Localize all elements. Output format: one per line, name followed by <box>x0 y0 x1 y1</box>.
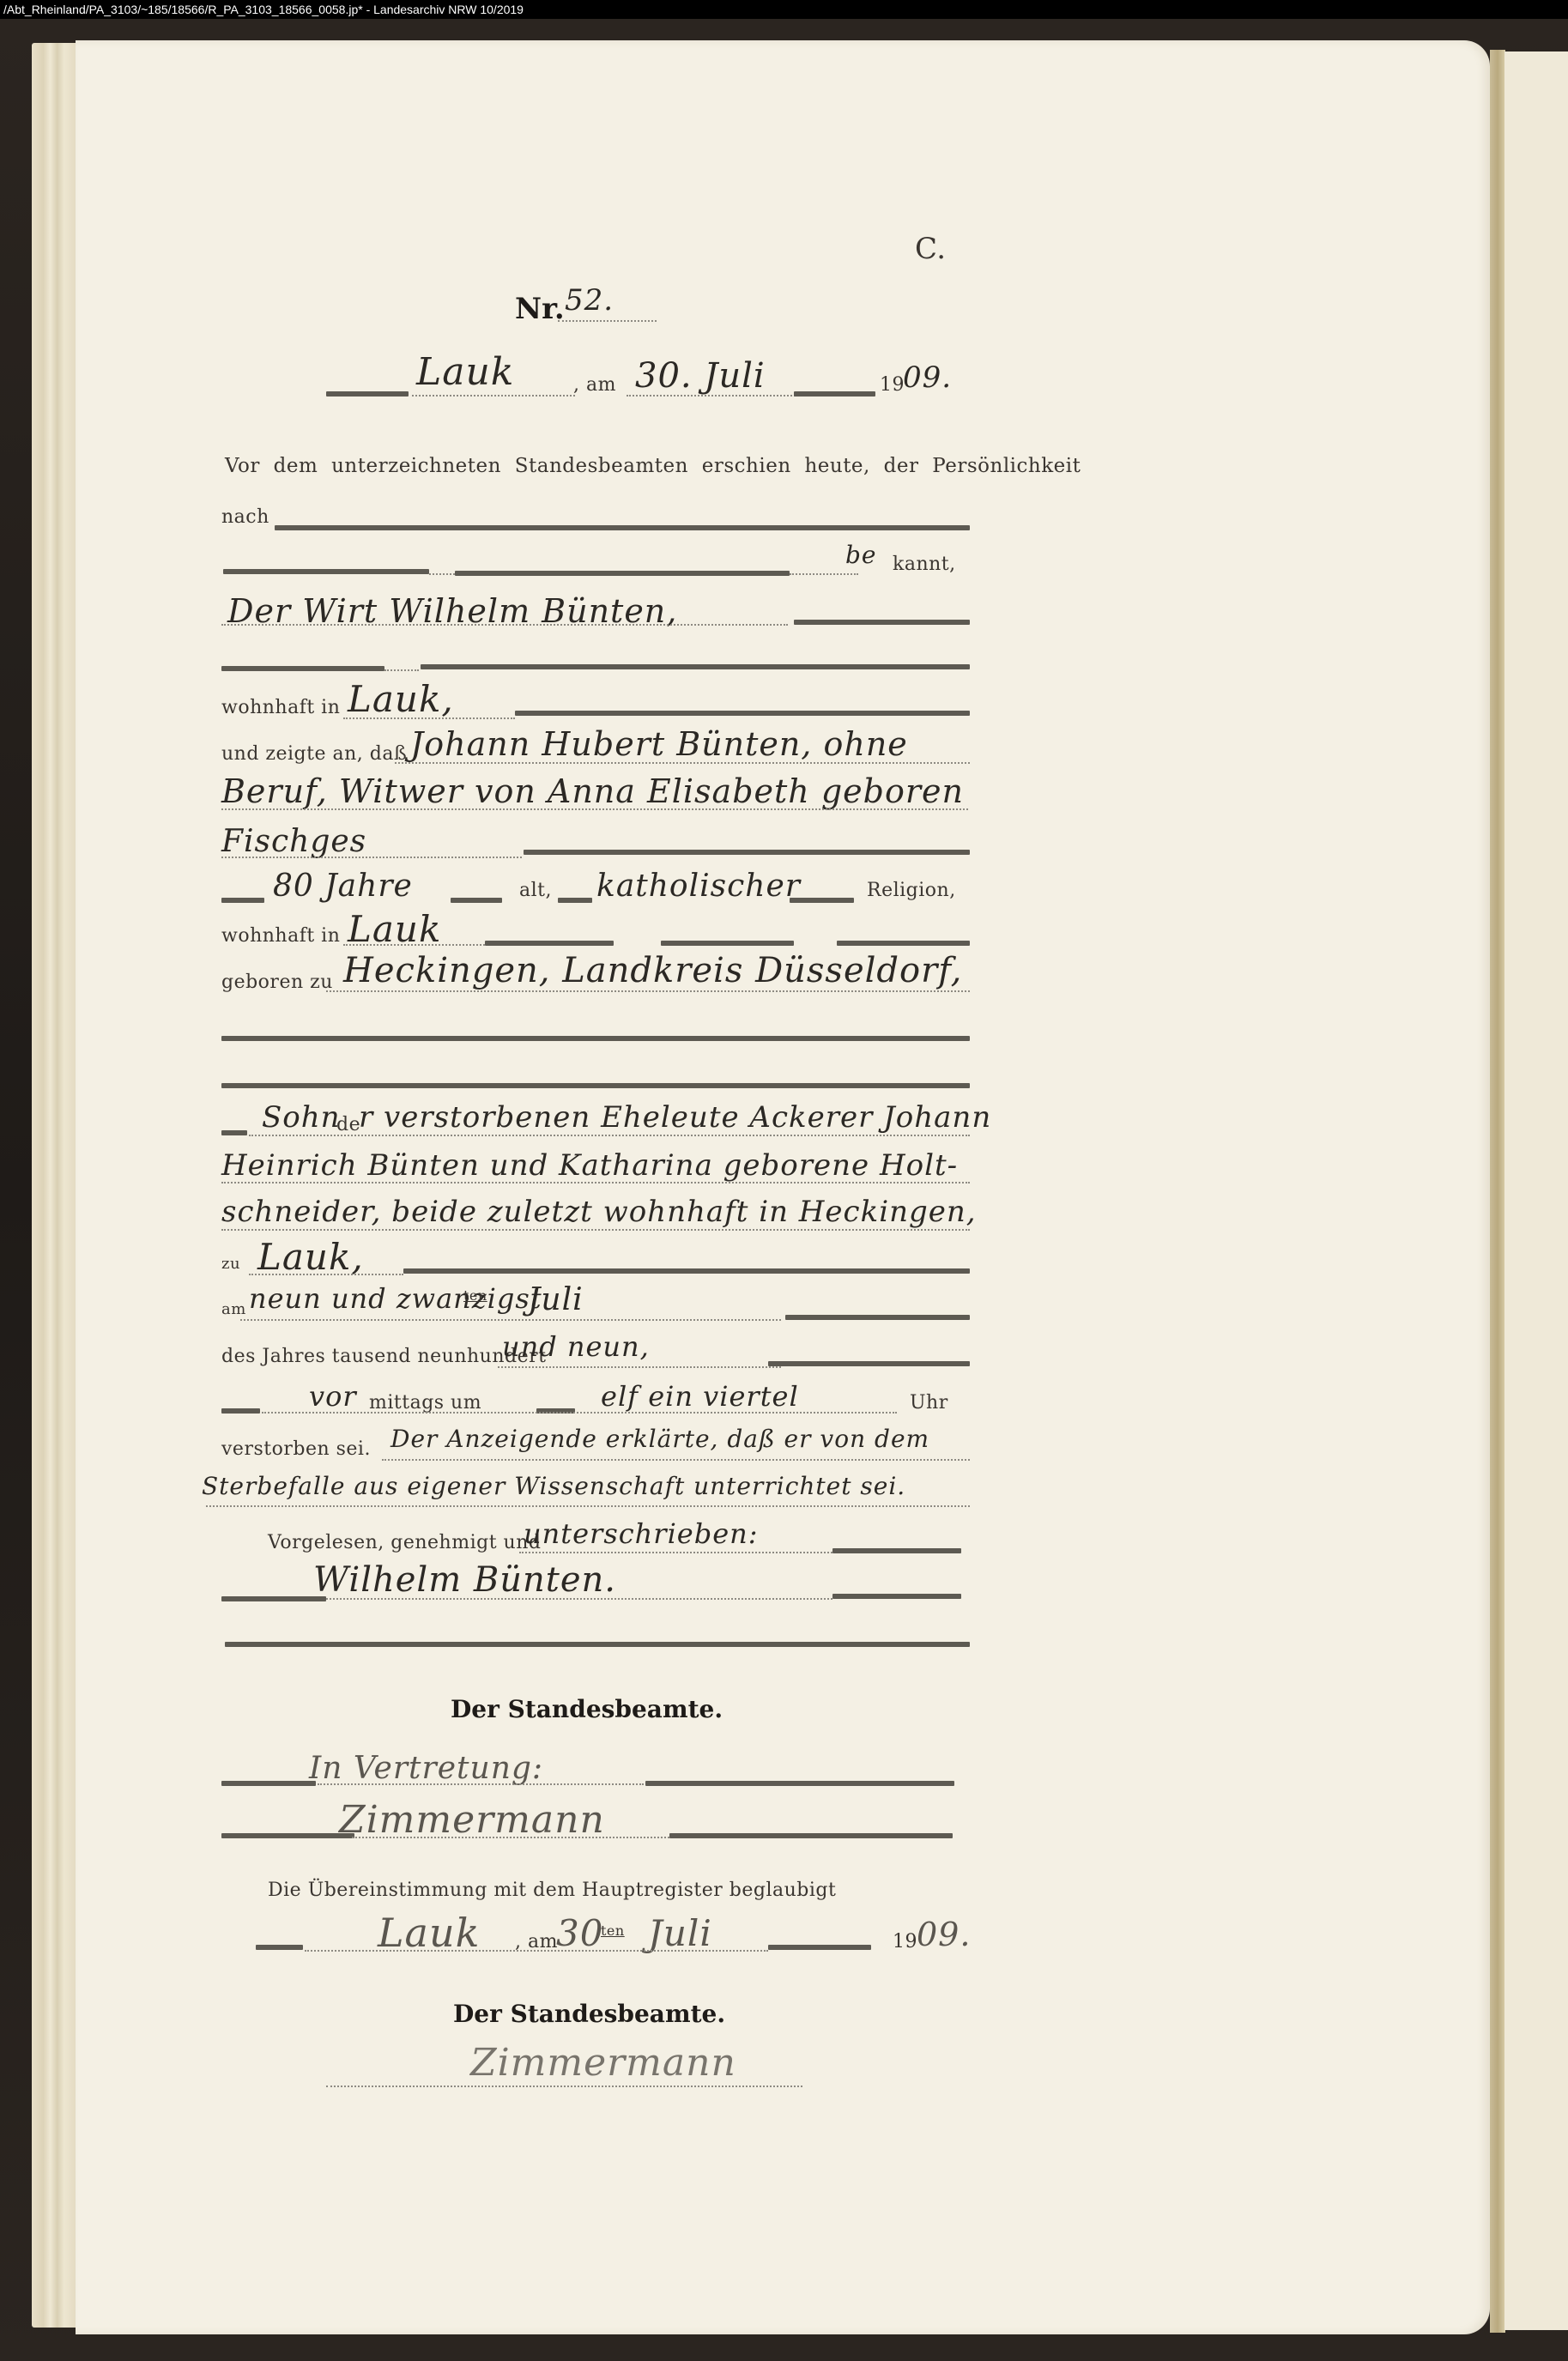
number-dotted-line <box>558 320 657 322</box>
bekannt-label: kannt, <box>893 554 956 575</box>
page-stack-edge <box>32 43 78 2328</box>
fill-bar <box>256 1945 303 1950</box>
ten-superscript: ten <box>463 1287 487 1304</box>
fill-bar <box>645 1781 954 1786</box>
window-title-bar: /Abt_Rheinland/PA_3103/~185/18566/R_PA_3… <box>0 0 1568 19</box>
fill-bar <box>221 1130 247 1135</box>
fill-bar <box>661 941 794 946</box>
fill-bar <box>455 571 790 576</box>
dotted-line <box>519 1552 832 1553</box>
parents-line-1: r verstorbenen Eheleute Ackerer Johann <box>359 1100 991 1135</box>
header-am-label: , am <box>573 374 616 396</box>
vorgelesen-label: Vorgelesen, genehmigt und <box>268 1532 541 1553</box>
record-number: 52. <box>565 283 614 318</box>
parents-der-print: de <box>336 1114 360 1135</box>
dotted-line <box>412 395 575 397</box>
jahres-label: des Jahres tausend neunhundert <box>221 1346 546 1367</box>
death-time: elf ein viertel <box>601 1380 799 1413</box>
fill-bar <box>225 1642 970 1647</box>
wohnhaft-label: wohnhaft in <box>221 697 340 718</box>
dotted-line <box>262 1412 897 1414</box>
deceased-line-2: Beruf, Witwer von Anna Elisabeth geboren <box>221 772 964 810</box>
fill-bar <box>832 1594 961 1599</box>
deceased-line-1: Johann Hubert Bünten, ohne <box>410 725 908 763</box>
cert-month: Juli <box>648 1912 712 1954</box>
header-year-prefix: 19 <box>880 374 905 396</box>
fill-bar <box>221 1781 316 1786</box>
fill-bar <box>794 620 970 625</box>
fill-bar <box>221 898 264 903</box>
dotted-line <box>343 717 515 719</box>
dotted-line <box>352 1837 669 1838</box>
standesbeamte-title-2: Der Standesbeamte. <box>453 2000 725 2028</box>
fill-bar <box>837 941 970 946</box>
dotted-line <box>221 857 522 858</box>
dotted-line <box>249 1135 970 1136</box>
fill-bar <box>790 898 854 903</box>
zeigte-label: und zeigte an, daß <box>221 743 407 765</box>
dotted-line <box>498 1366 781 1368</box>
dotted-line <box>384 669 419 671</box>
fill-bar <box>485 941 614 946</box>
fill-bar <box>669 1833 953 1838</box>
section-letter: C. <box>915 232 947 266</box>
death-day: neun und zwanzigst <box>249 1282 542 1315</box>
dotted-line <box>221 808 968 810</box>
dotted-line <box>343 944 485 946</box>
religion-value: katholischer <box>596 869 801 904</box>
dotted-line <box>627 395 798 397</box>
register-page <box>76 40 1490 2334</box>
unterschrieben-hand: unterschrieben: <box>524 1517 759 1550</box>
fill-bar <box>558 898 592 903</box>
dotted-line <box>221 624 788 626</box>
cert-place: Lauk <box>378 1910 480 1956</box>
cert-year-suffix: 09. <box>917 1916 971 1953</box>
dotted-line <box>382 1459 970 1461</box>
birthplace: Heckingen, Landkreis Düsseldorf, <box>343 951 962 990</box>
alt-label: alt, <box>519 880 552 901</box>
fill-bar <box>221 666 384 671</box>
nach-label: nach <box>221 506 269 528</box>
dotted-line <box>429 573 455 575</box>
dotted-line <box>206 1505 970 1507</box>
uhr-label: Uhr <box>910 1392 948 1414</box>
fill-bar <box>403 1268 970 1274</box>
cert-day: 30 <box>556 1912 603 1954</box>
dotted-line <box>326 1598 832 1600</box>
fill-bar <box>451 898 502 903</box>
final-signature: Zimmermann <box>470 2041 736 2085</box>
fill-bar <box>221 1408 260 1414</box>
remark-line-2: Sterbefalle aus eigener Wissenschaft unt… <box>202 1472 905 1500</box>
fill-bar <box>421 664 970 669</box>
religion-label: Religion, <box>867 880 956 901</box>
fill-bar <box>524 850 970 855</box>
fill-bar <box>221 1596 326 1601</box>
standesbeamte-title: Der Standesbeamte. <box>451 1695 723 1723</box>
fill-bar <box>768 1945 871 1950</box>
dotted-line <box>318 1783 644 1785</box>
death-year-words: und neun, <box>502 1330 650 1363</box>
fill-bar <box>221 1833 354 1838</box>
dotted-line <box>221 1182 970 1184</box>
fill-bar <box>832 1548 961 1553</box>
cert-year-prefix: 19 <box>893 1931 917 1952</box>
dotted-line <box>305 1950 768 1952</box>
registrar-signature: Zimmermann <box>339 1798 605 1842</box>
age-value: 80 Jahre <box>273 869 413 904</box>
parents-line-2: Heinrich Bünten und Katharina geborene H… <box>221 1148 958 1183</box>
geboren-label: geboren zu <box>221 972 333 993</box>
death-month: Juli <box>528 1282 584 1317</box>
wohnhaft-label-2: wohnhaft in <box>221 925 340 947</box>
deceased-line-3: Fischges <box>221 824 366 859</box>
fill-bar <box>223 569 429 574</box>
fill-bar <box>515 711 970 716</box>
cert-ten-superscript: ten <box>601 1922 625 1939</box>
time-prefix: vor <box>309 1380 357 1413</box>
bekannt-hand: be <box>845 541 877 569</box>
zu-label: zu <box>221 1255 240 1273</box>
header-date: 30. Juli <box>635 356 766 396</box>
facing-page <box>1504 51 1568 2330</box>
signature-dotted-line <box>326 2086 802 2087</box>
am-label: am <box>221 1300 246 1318</box>
fill-bar <box>768 1361 970 1366</box>
book-gutter <box>1490 50 1505 2333</box>
fill-bar <box>326 391 409 397</box>
fill-bar <box>221 1083 970 1088</box>
dotted-line <box>221 1229 970 1231</box>
dotted-line <box>326 990 970 992</box>
fill-bar <box>785 1315 970 1320</box>
remark-line-1: Der Anzeigende erklärte, daß er von dem <box>390 1425 929 1453</box>
header-place: Lauk <box>416 350 514 394</box>
dotted-line <box>790 573 858 575</box>
certification-text: Die Übereinstimmung mit dem Hauptregiste… <box>268 1880 836 1901</box>
dotted-line <box>395 762 970 764</box>
vertretung-text: In Vertretung: <box>309 1751 543 1786</box>
dotted-line <box>240 1319 781 1321</box>
fill-bar <box>221 1036 970 1041</box>
fill-bar <box>794 391 875 397</box>
header-year-suffix: 09. <box>903 360 952 395</box>
informant-residence: Lauk, <box>348 678 454 720</box>
death-place: Lauk, <box>257 1236 364 1278</box>
window-title: /Abt_Rheinland/PA_3103/~185/18566/R_PA_3… <box>3 3 524 16</box>
informant-signature: Wilhelm Bünten. <box>313 1560 616 1600</box>
dotted-line <box>249 1274 403 1275</box>
parents-line-3: schneider, beide zuletzt wohnhaft in Hec… <box>221 1195 977 1229</box>
mittags-label: mittags um <box>369 1392 481 1414</box>
verstorben-label: verstorben sei. <box>221 1438 371 1460</box>
intro-text: Vor dem unterzeichneten Standesbeamten e… <box>225 455 1081 477</box>
fill-bar <box>275 525 970 530</box>
parents-sohn: Sohn <box>262 1100 341 1135</box>
